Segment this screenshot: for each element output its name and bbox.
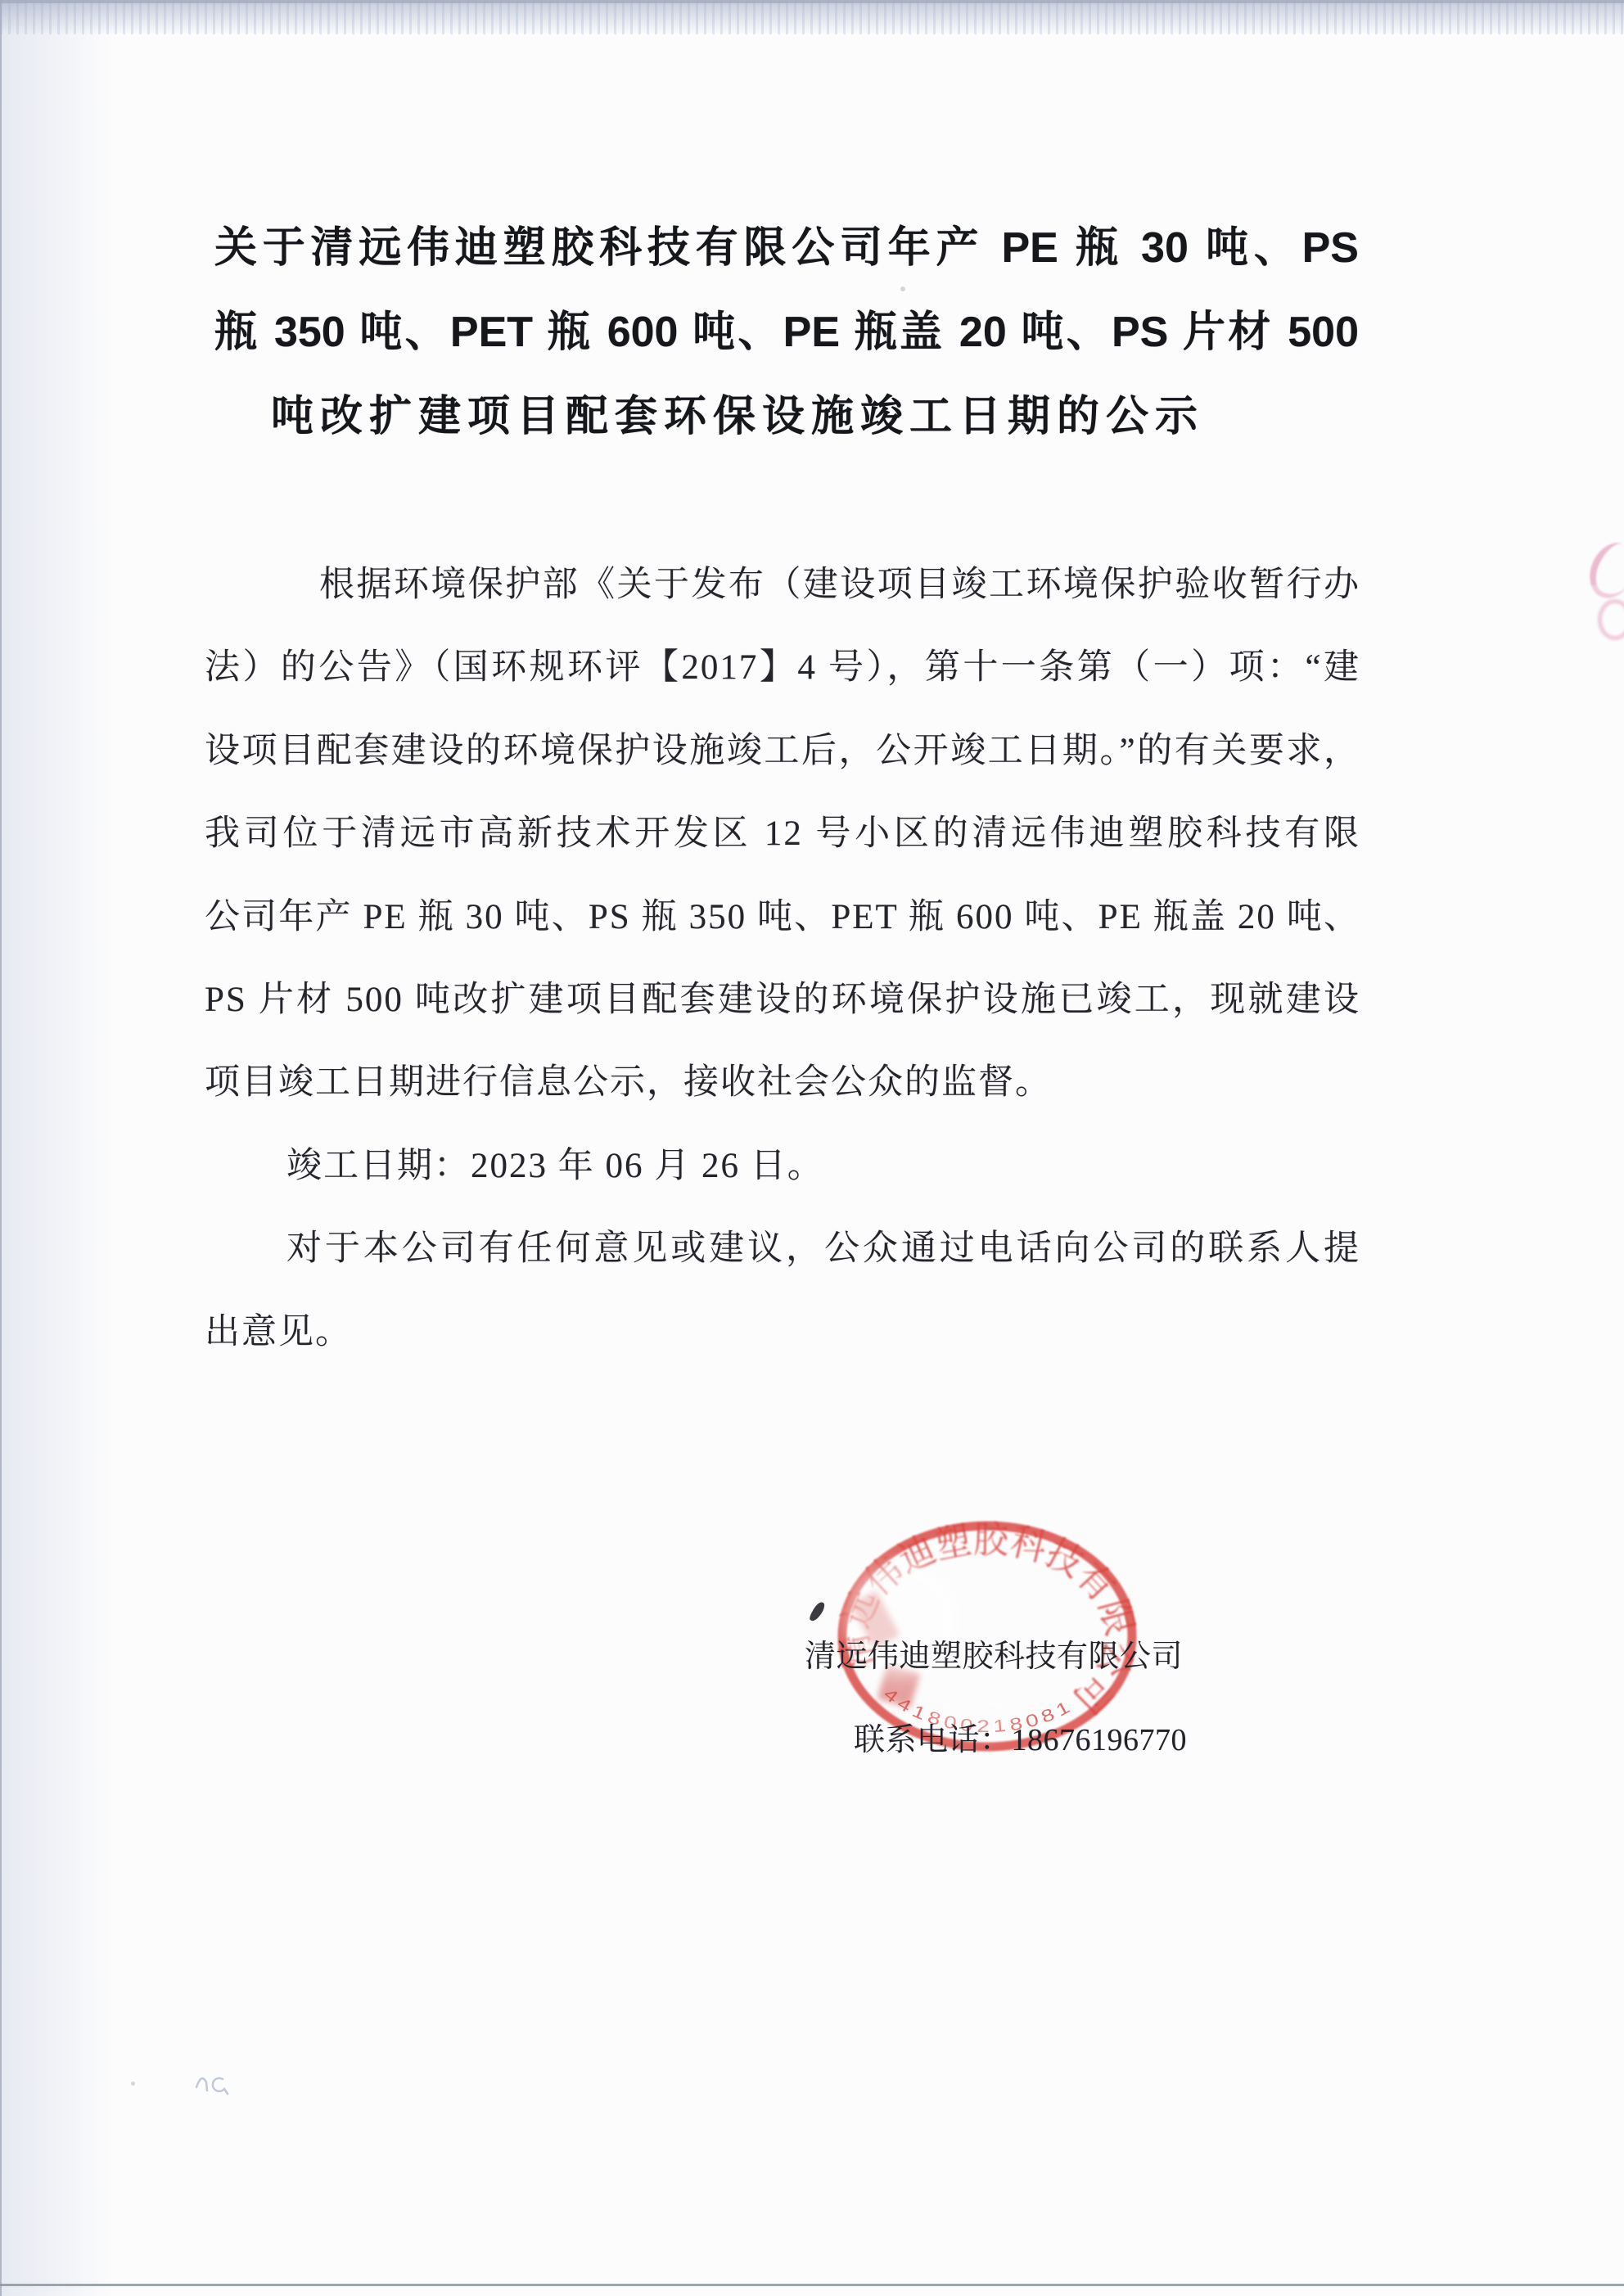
- title-line-3: 吨改扩建项目配套环保设施竣工日期的公示: [214, 375, 1261, 459]
- scan-bottom-edge-line: [0, 2284, 1624, 2286]
- body-line: 我司位于清远市高新技术开发区 12 号小区的清远伟迪塑胶科技有限: [205, 792, 1360, 875]
- body-line: 公司年产 PE 瓶 30 吨、PS 瓶 350 吨、PET 瓶 600 吨、PE…: [205, 876, 1360, 959]
- body-line: 设项目配套建设的环境保护设施竣工后，公开竣工日期。”的有关要求，: [205, 710, 1360, 792]
- scan-left-edge-line: [0, 0, 2, 2296]
- scan-speck: [131, 2082, 135, 2086]
- scanned-notice-page: 关于清远伟迪塑胶科技有限公司年产 PE 瓶 30 吨、PS 瓶 350 吨、PE…: [0, 0, 1624, 2296]
- title-line-2: 瓶 350 吨、PET 瓶 600 吨、PE 瓶盖 20 吨、PS 片材 500: [214, 291, 1359, 375]
- notice-body: 根据环境保护部《关于发布（建设项目竣工环境保护验收暂行办 法）的公告》（国环规环…: [205, 544, 1360, 1374]
- company-name: 清远伟迪塑胶科技有限公司: [805, 1639, 1183, 1675]
- stamp-fragment-right-edge: [1598, 599, 1624, 640]
- body-line: 出意见。: [205, 1291, 1360, 1374]
- title-line-1: 关于清远伟迪塑胶科技有限公司年产 PE 瓶 30 吨、PS: [214, 206, 1359, 291]
- body-line: 项目竣工日期进行信息公示，接收社会公众的监督。: [205, 1041, 1360, 1124]
- scan-left-shading: [0, 0, 115, 2296]
- body-line: 根据环境保护部《关于发布（建设项目竣工环境保护验收暂行办: [205, 544, 1360, 626]
- contact-phone-line: 联系电话：18676196770: [854, 1722, 1187, 1758]
- notice-title: 关于清远伟迪塑胶科技有限公司年产 PE 瓶 30 吨、PS 瓶 350 吨、PE…: [214, 206, 1359, 459]
- body-line: 对于本公司有任何意见或建议，公众通过电话向公司的联系人提: [205, 1207, 1360, 1290]
- stamp-fragment-right-edge: [1581, 535, 1624, 605]
- body-line: PS 片材 500 吨改扩建项目配套建设的环境保护设施已竣工，现就建设: [205, 959, 1360, 1041]
- pencil-scribble: [190, 2059, 247, 2105]
- scan-top-streaks: [0, 0, 1624, 34]
- completion-date-line: 竣工日期：2023 年 06 月 26 日。: [205, 1125, 1360, 1207]
- scan-top-edge-line: [0, 0, 1624, 3]
- body-line: 法）的公告》（国环规环评【2017】4 号），第十一条第（一）项：“建: [205, 626, 1360, 709]
